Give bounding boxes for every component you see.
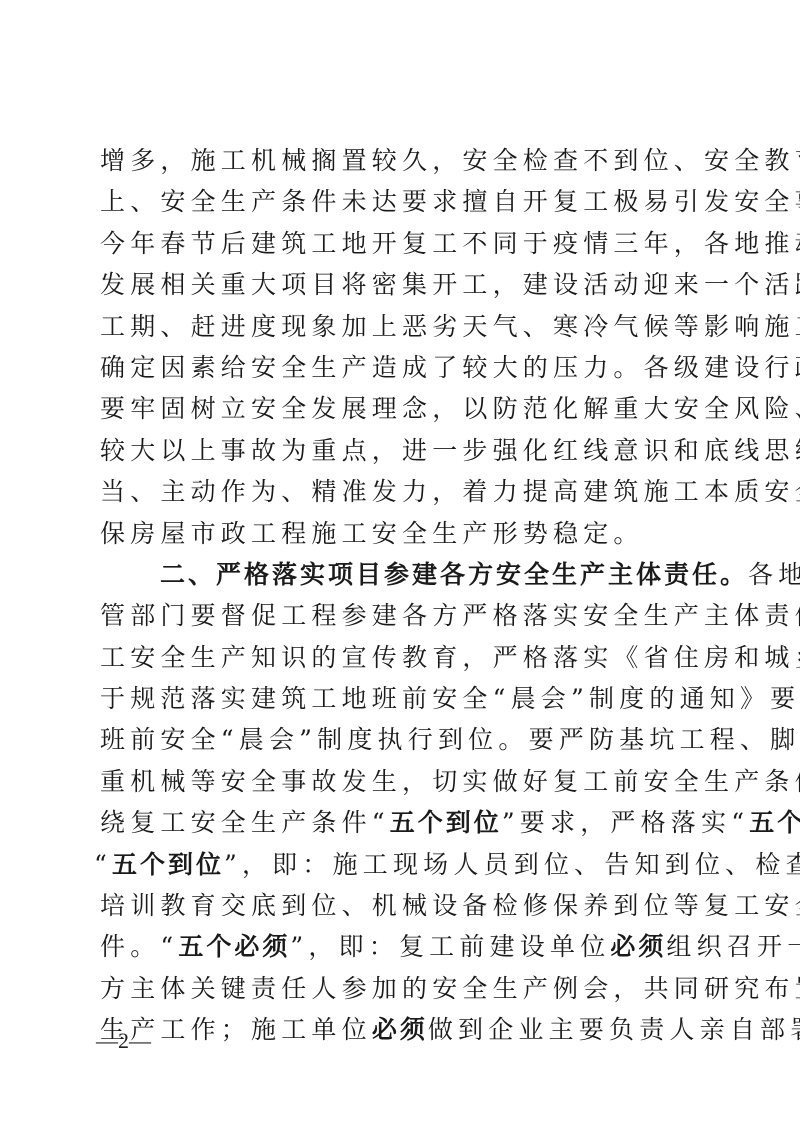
text-line: 工安全生产知识的宣传教育，严格落实《省住房和城乡建设厅关: [100, 637, 706, 678]
text-line: 件。“五个必须”，即：复工前建设单位必须组织召开一次参建各: [100, 926, 706, 967]
text-run: ”，即：施工现场人员到位、告知到位、检查到位、: [224, 850, 800, 879]
text-run: 绕复工安全生产条件“: [100, 808, 390, 837]
text-line: 较大以上事故为重点，进一步强化红线意识和底线思维，勇于担: [100, 430, 706, 471]
emphasis-five-in-place: 五个到位: [112, 850, 224, 879]
text-line: 工期、赶进度现象加上恶劣天气、寒冷气候等影响施工安全的不: [100, 306, 706, 347]
text-line: 重机械等安全事故发生，切实做好复工前安全生产条件检查，围: [100, 761, 706, 802]
text-run: 做到企业主要负责人亲自部署复工前施: [428, 1015, 800, 1044]
document-page: 增多，施工机械搁置较久，安全检查不到位、安全教育培训跟不 上、安全生产条件未达要…: [0, 0, 800, 1147]
emphasis-five-musts: 五个必须: [749, 808, 800, 837]
emphasis-five-in-place: 五个到位: [390, 808, 502, 837]
text-line: 发展相关重大项目将密集开工，建设活动迎来一个活跃高峰，抢: [100, 264, 706, 305]
text-line: 生产工作；施工单位必须做到企业主要负责人亲自部署复工前施: [100, 1009, 706, 1050]
text-run: “: [94, 850, 112, 879]
emphasis-must: 必须: [610, 932, 666, 961]
text-line: 班前安全“晨会”制度执行到位。要严防基坑工程、脚手架、起: [100, 719, 706, 760]
text-line: 确定因素给安全生产造成了较大的压力。各级建设行政主管部门: [100, 347, 706, 388]
text-line: “五个到位”，即：施工现场人员到位、告知到位、检查到位、: [94, 844, 706, 885]
text-line: 要牢固树立安全发展理念，以防范化解重大安全风险、坚决遏制: [100, 388, 706, 429]
document-body: 增多，施工机械搁置较久，安全检查不到位、安全教育培训跟不 上、安全生产条件未达要…: [100, 140, 710, 1051]
section-heading-line: 二、严格落实项目参建各方安全生产主体责任。各地建设主: [100, 554, 706, 595]
section-heading: 二、严格落实项目参建各方安全生产主体责任。: [160, 560, 748, 589]
page-number: —2—: [96, 1028, 151, 1054]
text-line: 增多，施工机械搁置较久，安全检查不到位、安全教育培训跟不: [100, 140, 706, 181]
text-run: 组织召开一次参建各: [666, 932, 800, 961]
text-line: 保房屋市政工程施工安全生产形势稳定。: [100, 513, 706, 554]
text-run: ”要求，严格落实“: [502, 808, 749, 837]
text-run: 件。“: [100, 932, 178, 961]
text-run: 各地建设主: [748, 560, 800, 589]
text-line: 上、安全生产条件未达要求擅自开复工极易引发安全事故。此外，: [100, 181, 706, 222]
text-line: 培训教育交底到位、机械设备检修保养到位等复工安全生产条: [100, 885, 706, 926]
text-run: ”，即：复工前建设单位: [290, 932, 610, 961]
text-line: 绕复工安全生产条件“五个到位”要求，严格落实“五个必须”。: [100, 802, 706, 843]
emphasis-must: 必须: [372, 1015, 428, 1044]
text-line: 今年春节后建筑工地开复工不同于疫情三年，各地推动经济建设: [100, 223, 706, 264]
text-line: 方主体关键责任人参加的安全生产例会，共同研究布置复工安全: [100, 968, 706, 1009]
text-line: 管部门要督促工程参建各方严格落实安全生产主体责任，加强复: [100, 595, 706, 636]
emphasis-five-musts: 五个必须: [178, 932, 290, 961]
text-line: 于规范落实建筑工地班前安全“晨会”制度的通知》要求，确保: [100, 678, 706, 719]
text-line: 当、主动作为、精准发力，着力提高建筑施工本质安全水平，确: [100, 471, 706, 512]
